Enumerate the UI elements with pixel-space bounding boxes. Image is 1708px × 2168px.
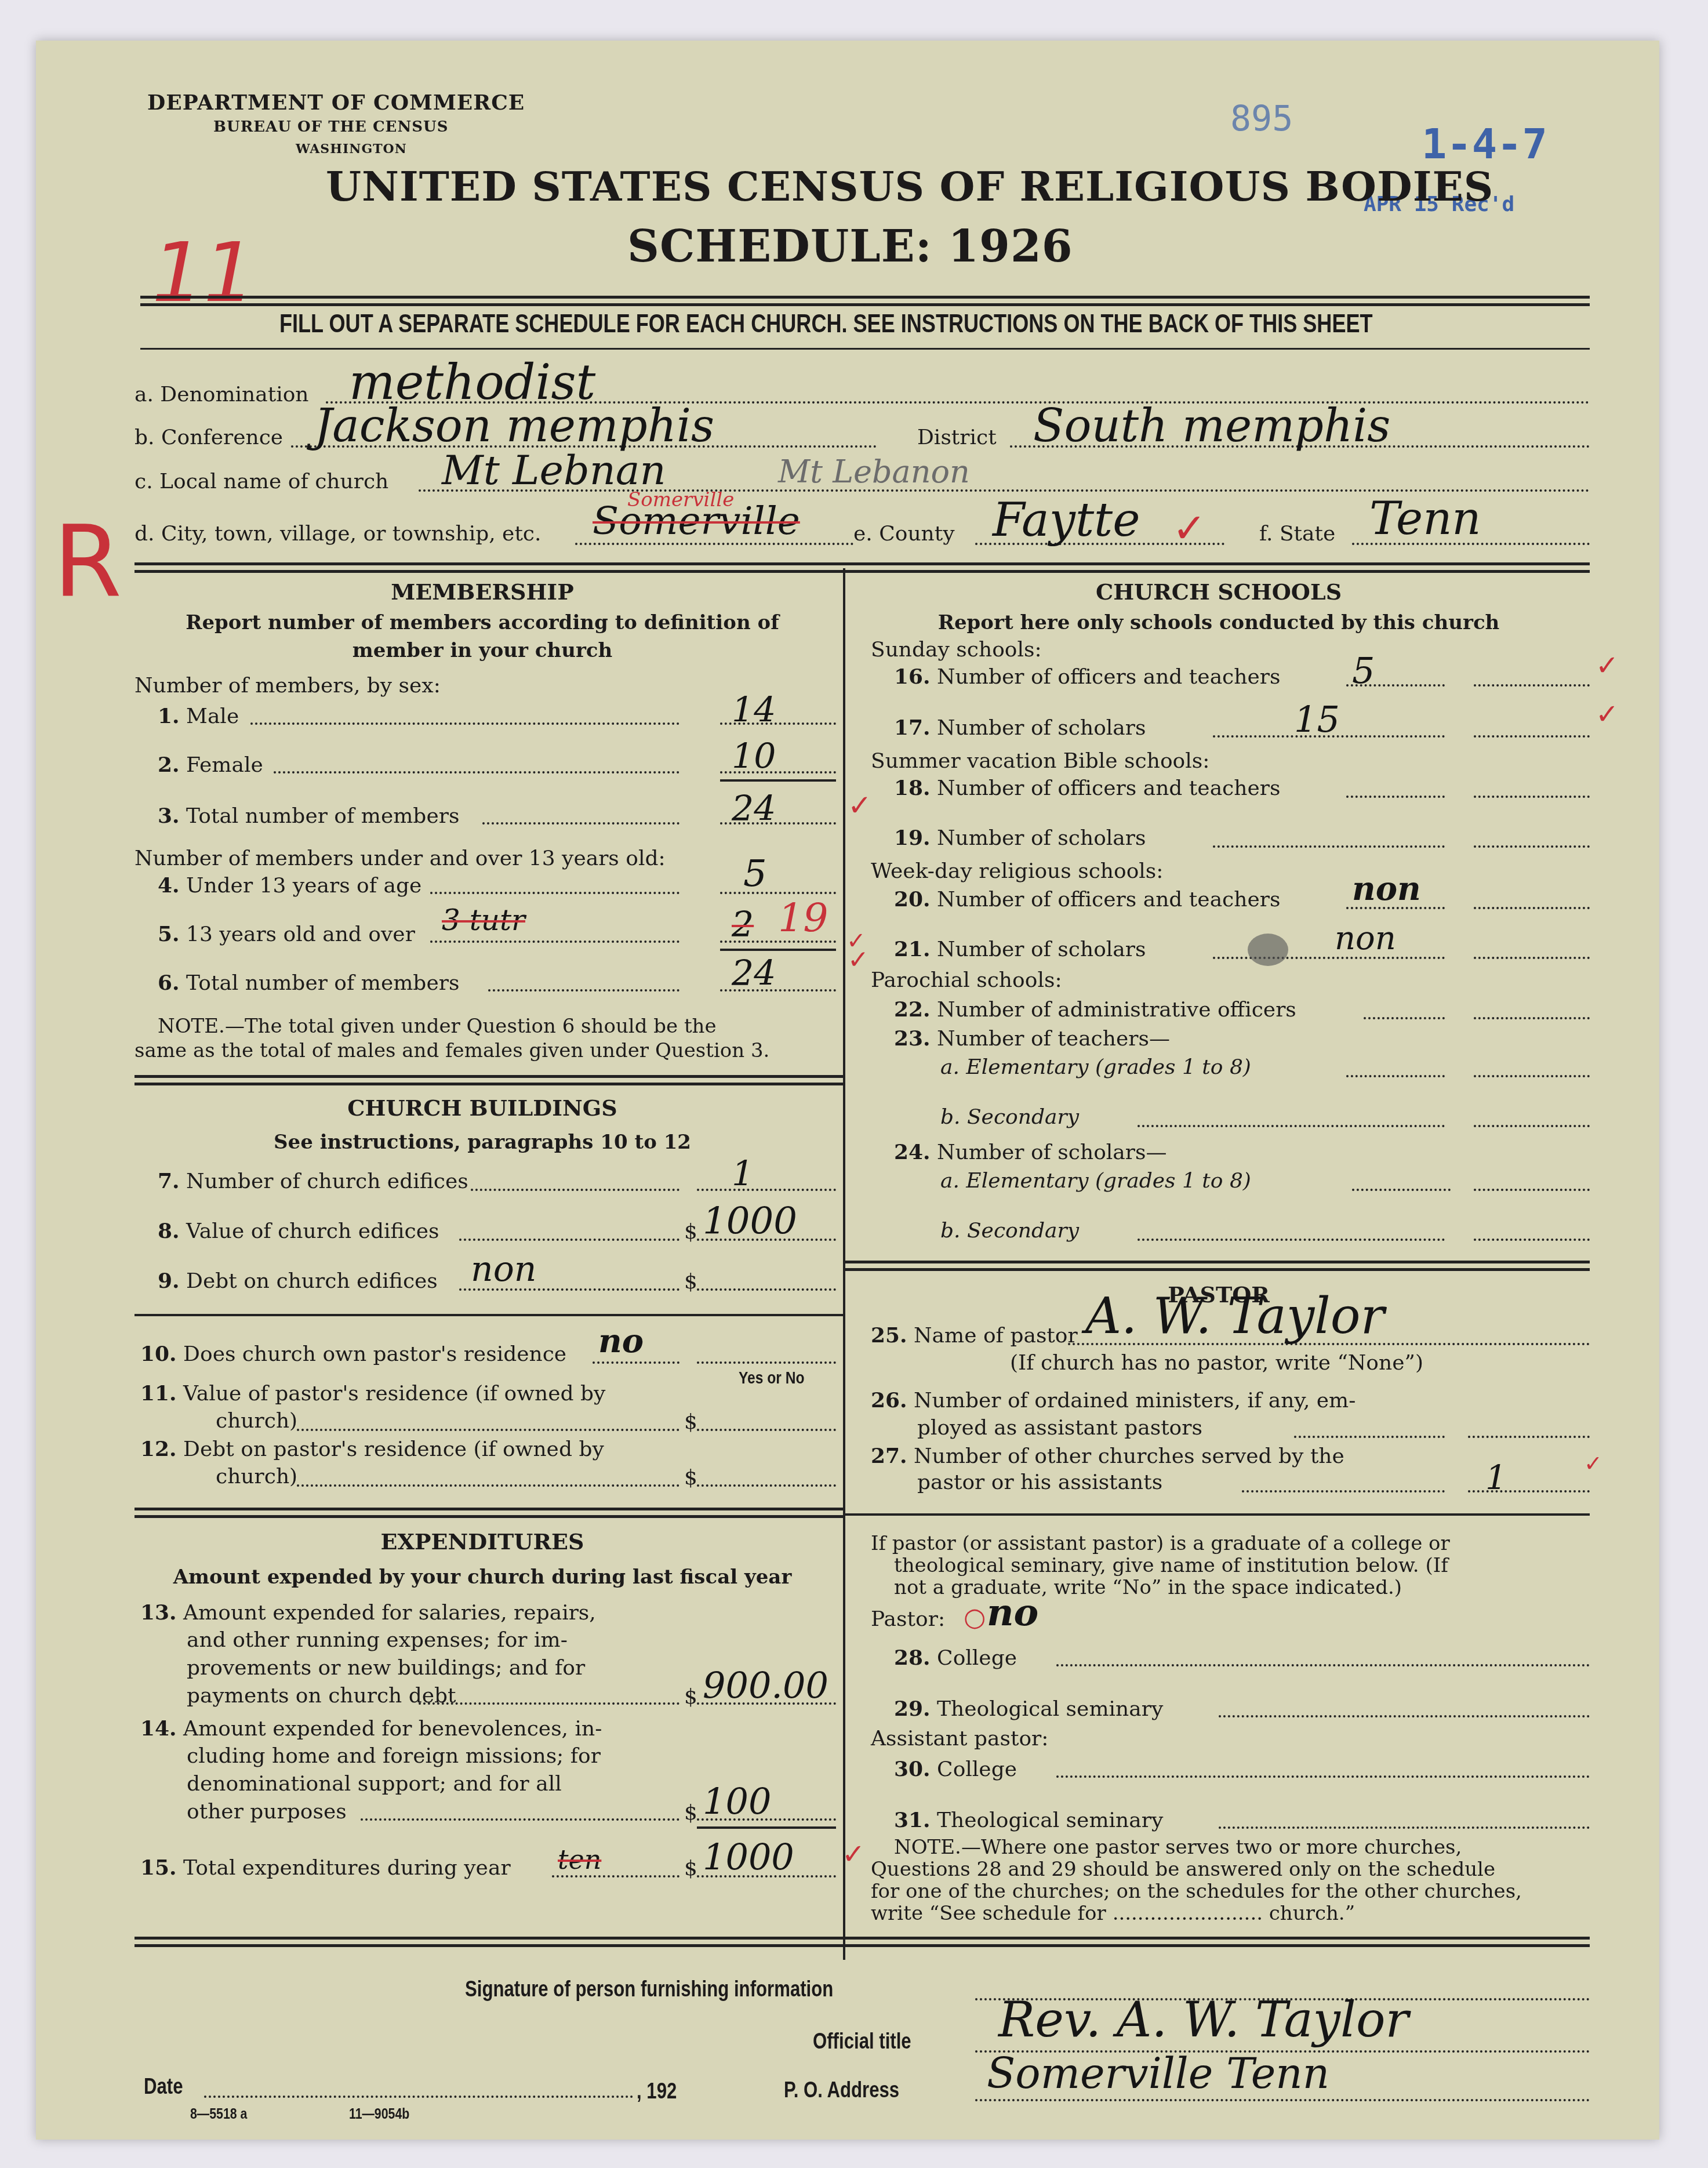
expense-13-line-2: and other running expenses; for im-: [187, 1628, 568, 1652]
item-number: 2.: [158, 753, 180, 777]
assistant-college-label: College: [937, 1757, 1017, 1781]
sunday-officers-value-line: [1474, 684, 1590, 687]
residence-value-label: Value of pastor's residence (if owned by: [183, 1382, 605, 1406]
expense-13-line-4: payments on church debt: [187, 1684, 456, 1708]
red-checkmark-icon: ✓: [846, 928, 866, 954]
under-13-value-line: [720, 892, 836, 894]
residence-debt-label: Debt on pastor's residence (if owned by: [183, 1437, 604, 1461]
po-address-field[interactable]: Somerville Tenn: [987, 2049, 1329, 2098]
weekday-scholars-line: [1213, 957, 1445, 959]
edifices-debt-inline[interactable]: non: [471, 1249, 536, 1290]
total-members-2-field[interactable]: 24: [732, 953, 776, 994]
teachers-elementary-field[interactable]: [1474, 1075, 1590, 1077]
female-line: [274, 771, 679, 773]
weekday-schools-label: Week-day religious schools:: [871, 859, 1163, 883]
assistant-ministers-label-2: ployed as assistant pastors: [917, 1416, 1202, 1440]
total-expenditures-label: Total expenditures during year: [183, 1856, 511, 1880]
admin-officers-label: Number of administrative officers: [937, 998, 1296, 1022]
expense-14-line-1: Amount expended for benevolences, in-: [183, 1717, 602, 1741]
ink-blot: [1248, 934, 1288, 966]
form-schedule-year: SCHEDULE: 1926: [627, 220, 1073, 272]
teachers-elementary-label: a. Elementary (grades 1 to 8): [940, 1055, 1251, 1079]
pastor-seminary-label: Theological seminary: [937, 1697, 1163, 1721]
item-number: 16.: [894, 664, 931, 689]
city-label: d. City, town, village, or township, etc…: [135, 522, 541, 546]
edifices-debt-field-line: [697, 1288, 836, 1291]
item-number: 30.: [894, 1757, 931, 1781]
identification-divider: [135, 562, 1590, 573]
teachers-secondary-field[interactable]: [1474, 1125, 1590, 1127]
summer-schools-label: Summer vacation Bible schools:: [871, 749, 1209, 773]
official-title-label: Official title: [813, 2029, 911, 2054]
summer-scholars-line: [1213, 845, 1445, 848]
item-number: 14.: [140, 1716, 177, 1741]
stamp-number: 895: [1230, 99, 1293, 139]
sum-rule: [720, 949, 836, 951]
assistant-ministers-label: Number of ordained ministers, if any, em…: [914, 1389, 1356, 1412]
stamp-code: 1-4-7: [1422, 119, 1547, 168]
male-field[interactable]: 14: [732, 690, 776, 731]
scholars-elementary-line: [1352, 1189, 1451, 1191]
district-field[interactable]: South memphis: [1033, 400, 1390, 452]
teachers-elementary-line: [1346, 1075, 1445, 1077]
owns-residence-label: Does church own pastor's residence: [183, 1342, 566, 1366]
item-number: 23.: [894, 1026, 931, 1051]
separate-schedule-instruction: FILL OUT A SEPARATE SCHEDULE FOR EACH CH…: [279, 310, 1373, 339]
expense-13-line: [419, 1702, 679, 1705]
total-expenditures-struck-note: ten: [558, 1844, 601, 1875]
local-name-label: c. Local name of church: [135, 470, 388, 493]
county-label: e. County: [853, 522, 955, 546]
red-checkmark-icon: ✓: [1596, 649, 1619, 682]
members-by-sex-label: Number of members, by sex:: [135, 674, 441, 698]
assistant-seminary-label: Theological seminary: [937, 1809, 1163, 1832]
expenditures-title: EXPENDITURES: [135, 1528, 830, 1555]
city-correction: Somerville: [627, 488, 734, 511]
edifices-count-field[interactable]: 1: [732, 1154, 754, 1194]
red-checkmark-icon: ✓: [842, 1838, 865, 1871]
currency-symbol: $: [684, 1857, 697, 1880]
weekday-officers-value-line: [1474, 907, 1590, 909]
item-number: 25.: [871, 1323, 907, 1348]
item-number: 12.: [140, 1437, 177, 1461]
date-label: Date: [144, 2075, 183, 2100]
sunday-schools-label: Sunday schools:: [871, 638, 1042, 662]
assistant-college-field[interactable]: [1056, 1775, 1590, 1778]
total-expenditures-line: [552, 1875, 679, 1878]
other-churches-line: [1242, 1490, 1445, 1492]
teachers-secondary-line: [1138, 1125, 1445, 1127]
item-number: 28.: [894, 1646, 931, 1670]
washington-label: WASHINGTON: [296, 141, 407, 157]
date-suffix: , 192: [637, 2079, 677, 2104]
edifices-count-value-line: [697, 1189, 836, 1191]
church-schools-title: CHURCH SCHOOLS: [848, 579, 1590, 605]
red-checkmark-icon: ✓: [1596, 698, 1619, 731]
weekday-scholars-label: Number of scholars: [937, 938, 1146, 961]
weekday-scholars-value-line: [1474, 957, 1590, 959]
expense-13-line-3: provements or new buildings; and for: [187, 1656, 585, 1680]
total-members-2-label: Total number of members: [186, 971, 459, 995]
under-13-field[interactable]: 5: [743, 852, 767, 895]
female-label: Female: [186, 753, 263, 777]
item-number: 15.: [140, 1855, 177, 1880]
expense-13-line-1: Amount expended for salaries, repairs,: [183, 1601, 596, 1625]
summer-scholars-field[interactable]: [1474, 845, 1590, 848]
scholars-secondary-field[interactable]: [1474, 1239, 1590, 1241]
pastor-college-field[interactable]: [1056, 1664, 1590, 1666]
item-number: 7.: [158, 1169, 180, 1193]
scholars-secondary-line: [1138, 1239, 1445, 1241]
over-13-label: 13 years old and over: [186, 923, 415, 946]
pastor-note-4: write “See schedule for ................…: [871, 1902, 1355, 1925]
edifices-count-label: Number of church edifices: [186, 1170, 468, 1193]
other-churches-field[interactable]: 1: [1485, 1458, 1507, 1497]
local-name-field[interactable]: Mt Lebnan: [442, 446, 666, 494]
item-number: 17.: [894, 716, 931, 740]
item-number: 11.: [140, 1381, 177, 1406]
sunday-scholars-label: Number of scholars: [937, 716, 1146, 740]
expense-14-line-3: denominational support; and for all: [187, 1772, 562, 1796]
total-expenditures-field[interactable]: 1000: [703, 1836, 794, 1878]
church-schools-subtitle: Report here only schools conducted by th…: [848, 611, 1590, 634]
item-number: 21.: [894, 937, 931, 961]
pastor-college-label: College: [937, 1646, 1017, 1670]
church-buildings-subtitle: See instructions, paragraphs 10 to 12: [135, 1131, 830, 1154]
over-13-line: [430, 940, 679, 943]
weekday-officers-label: Number of officers and teachers: [937, 888, 1280, 911]
summer-officers-field[interactable]: [1474, 796, 1590, 798]
weekday-officers-field[interactable]: non: [1352, 870, 1421, 908]
membership-note-1: NOTE.—The total given under Question 6 s…: [158, 1015, 717, 1038]
sunday-scholars-field[interactable]: 15: [1294, 698, 1340, 740]
pastor-rule: [845, 1513, 1590, 1516]
owns-residence-inline[interactable]: no: [598, 1322, 644, 1360]
over-13-correction: 19: [778, 895, 828, 941]
membership-note-2: same as the total of males and females g…: [135, 1039, 769, 1062]
official-title-field[interactable]: Rev. A. W. Taylor: [998, 1991, 1409, 2048]
owns-residence-line: [593, 1361, 679, 1364]
item-number: 22.: [894, 997, 931, 1022]
department-label: DEPARTMENT OF COMMERCE: [147, 90, 525, 115]
item-number: 6.: [158, 971, 180, 995]
item-number: 10.: [140, 1342, 177, 1366]
form-code-2: 11—9054b: [349, 2105, 409, 2123]
item-number: 26.: [871, 1388, 907, 1412]
census-schedule-sheet: DEPARTMENT OF COMMERCE BUREAU OF THE CEN…: [36, 41, 1659, 2140]
header-divider: [140, 296, 1590, 306]
red-checkmark-icon: ✓: [1584, 1451, 1602, 1476]
item-number: 3.: [158, 804, 180, 828]
expense-14-line: [361, 1818, 679, 1821]
district-label: District: [917, 426, 997, 449]
membership-subtitle-1: Report number of members according to de…: [135, 611, 830, 634]
church-buildings-title: CHURCH BUILDINGS: [135, 1095, 830, 1121]
parochial-schools-label: Parochial schools:: [871, 968, 1062, 992]
conference-field[interactable]: Jackson memphis: [314, 400, 714, 452]
item-number: 13.: [140, 1600, 177, 1625]
pastor-seminary-field[interactable]: [1219, 1715, 1590, 1717]
form-title: UNITED STATES CENSUS OF RELIGIOUS BODIES: [326, 162, 1493, 210]
male-line: [250, 722, 679, 725]
other-churches-label: Number of other churches served by the: [914, 1444, 1344, 1468]
expenditures-subtitle: Amount expended by your church during la…: [135, 1566, 830, 1589]
admin-officers-line: [1364, 1017, 1445, 1019]
item-number: 31.: [894, 1808, 931, 1832]
yes-or-no-hint: Yes or No: [739, 1368, 804, 1388]
under-13-label: Under 13 years of age: [186, 874, 421, 898]
currency-symbol: $: [684, 1801, 697, 1825]
currency-symbol: $: [684, 1685, 697, 1709]
po-address-line: [975, 2099, 1590, 2101]
denomination-label: a. Denomination: [135, 383, 309, 406]
po-address-label: P. O. Address: [784, 2078, 899, 2103]
assistant-seminary-field[interactable]: [1219, 1826, 1590, 1829]
assistant-ministers-line: [1294, 1436, 1445, 1438]
currency-symbol: $: [684, 1410, 697, 1434]
form-code-1: 8—5518 a: [190, 2105, 247, 2123]
owns-residence-field-line: [697, 1361, 836, 1364]
summer-officers-label: Number of officers and teachers: [937, 776, 1280, 800]
teachers-secondary-label: b. Secondary: [940, 1105, 1079, 1129]
scholars-elementary-field[interactable]: [1474, 1189, 1590, 1191]
sum-rule: [720, 779, 836, 782]
expense-14-line-2: cluding home and foreign missions; for: [187, 1744, 601, 1768]
currency-symbol: $: [684, 1466, 697, 1490]
sum-rule: [697, 1826, 836, 1829]
residence-value-field: [697, 1429, 836, 1431]
graduate-intro-1: If pastor (or assistant pastor) is a gra…: [871, 1532, 1450, 1555]
sunday-scholars-value-line: [1474, 735, 1590, 738]
item-number: 20.: [894, 887, 931, 911]
edifices-value-line: [459, 1239, 679, 1241]
state-field[interactable]: Tenn: [1369, 493, 1481, 545]
item-number: 9.: [158, 1269, 180, 1293]
conference-label: b. Conference: [135, 426, 283, 449]
header-rule: [140, 348, 1590, 350]
pastor-note-1: NOTE.—Where one pastor serves two or mor…: [894, 1836, 1462, 1859]
county-field[interactable]: Faytte: [993, 493, 1140, 547]
pastor-name-field[interactable]: A. W. Taylor: [1085, 1287, 1384, 1345]
residence-debt-label-2: church): [216, 1465, 297, 1488]
scholars-elementary-label: a. Elementary (grades 1 to 8): [940, 1169, 1251, 1193]
currency-symbol: $: [684, 1270, 697, 1294]
item-number: 4.: [158, 873, 180, 898]
over-13-struck-note: 3 tutr: [442, 903, 525, 937]
membership-title: MEMBERSHIP: [135, 579, 830, 605]
item-number: 5.: [158, 922, 180, 946]
edifices-count-line: [471, 1189, 679, 1191]
item-number: 19.: [894, 826, 931, 850]
scholars-label: Number of scholars—: [937, 1141, 1166, 1164]
pastor-grad-label: Pastor:: [871, 1607, 945, 1631]
residence-value-label-2: church): [216, 1409, 297, 1433]
summer-officers-line: [1346, 796, 1445, 798]
edifices-value-label: Value of church edifices: [186, 1219, 439, 1243]
item-number: 8.: [158, 1219, 180, 1243]
schools-divider: [845, 1261, 1590, 1271]
summer-scholars-label: Number of scholars: [937, 826, 1146, 850]
item-number: 27.: [871, 1444, 907, 1468]
red-checkmark-icon: ✓: [848, 789, 872, 822]
other-churches-label-2: pastor or his assistants: [917, 1470, 1162, 1494]
sunday-officers-label: Number of officers and teachers: [937, 665, 1280, 689]
local-name-correction: Mt Lebanon: [778, 453, 970, 490]
buildings-divider: [135, 1508, 843, 1518]
expense-14-line-4: other purposes: [187, 1800, 347, 1824]
weekday-scholars-field[interactable]: non: [1335, 920, 1396, 957]
scholars-secondary-label: b. Secondary: [940, 1219, 1079, 1243]
currency-symbol: $: [684, 1220, 697, 1244]
male-label: Male: [186, 704, 239, 728]
female-field[interactable]: 10: [732, 736, 776, 777]
graduate-intro-3: not a graduate, write “No” in the space …: [894, 1576, 1402, 1599]
red-annotation-r: R: [53, 504, 122, 619]
edifices-value-field[interactable]: 1000: [703, 1200, 797, 1243]
item-number: 1.: [158, 704, 180, 728]
teachers-label: Number of teachers—: [937, 1027, 1170, 1051]
total-members-field[interactable]: 24: [732, 789, 776, 829]
over-13-field[interactable]: 2: [732, 905, 754, 945]
pastor-name-label: Name of pastor: [914, 1324, 1078, 1348]
graduate-intro-2: theological seminary, give name of insti…: [894, 1554, 1448, 1577]
item-number: 29.: [894, 1697, 931, 1721]
edifices-debt-label: Debt on church edifices: [186, 1269, 438, 1293]
sunday-officers-field[interactable]: 5: [1352, 649, 1375, 692]
members-by-age-label: Number of members under and over 13 year…: [135, 847, 666, 870]
item-number: 24.: [894, 1140, 931, 1164]
membership-divider: [135, 1075, 843, 1085]
total-members-label: Total number of members: [186, 804, 459, 828]
total-members-line: [482, 822, 679, 825]
red-circle-icon: ○: [964, 1603, 986, 1632]
under-13-line: [430, 892, 679, 894]
buildings-rule: [135, 1314, 843, 1316]
expense-13-field[interactable]: 900.00: [703, 1664, 828, 1706]
state-label: f. State: [1259, 522, 1335, 546]
date-field[interactable]: [204, 2096, 633, 2098]
pastor-grad-field[interactable]: no: [987, 1591, 1038, 1635]
expense-14-field[interactable]: 100: [703, 1780, 771, 1822]
assistant-pastor-label: Assistant pastor:: [871, 1727, 1048, 1751]
residence-debt-line: [297, 1484, 679, 1487]
pastor-note-2: Questions 28 and 29 should be answered o…: [871, 1858, 1495, 1881]
membership-subtitle-2: member in your church: [135, 639, 830, 662]
red-annotation-11: 11: [152, 226, 255, 321]
admin-officers-field[interactable]: [1474, 1017, 1590, 1019]
footer-divider: [135, 1937, 1590, 1947]
bureau-label: BUREAU OF THE CENSUS: [213, 118, 448, 136]
assistant-ministers-field[interactable]: [1468, 1436, 1590, 1438]
total-members-2-line: [488, 989, 679, 992]
residence-debt-field: [697, 1484, 836, 1487]
item-number: 18.: [894, 776, 931, 800]
red-checkmark-icon: ✓: [1172, 504, 1206, 552]
signature-label: Signature of person furnishing informati…: [465, 1977, 833, 2002]
pastor-name-hint: (If church has no pastor, write “None”): [1010, 1351, 1423, 1375]
pastor-note-3: for one of the churches; on the schedule…: [871, 1880, 1522, 1903]
residence-value-line: [297, 1429, 679, 1431]
